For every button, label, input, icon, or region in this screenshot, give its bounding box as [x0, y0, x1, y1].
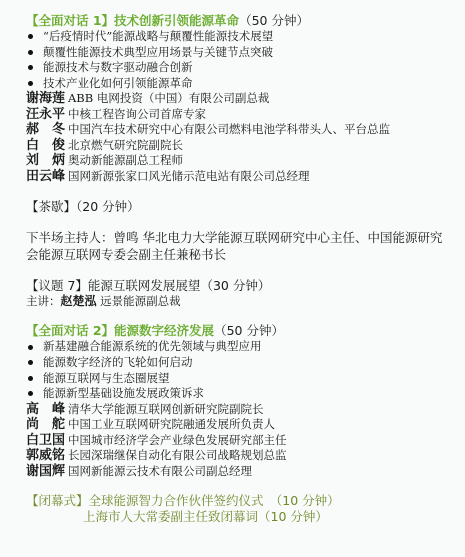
panelist-name: 郭威铭: [26, 448, 68, 464]
tea-break: 【茶歇】（20 分钟）: [26, 198, 456, 215]
list-item: 能源技术与数字驱动融合创新: [26, 60, 456, 76]
topic-text: 能源技术与数字驱动融合创新: [43, 60, 193, 76]
topic-text: 能源数字经济的飞轮如何启动: [43, 355, 193, 371]
panelist-role: 国网新能源云技术有限公司副总经理: [68, 464, 252, 480]
panelist-role: 清华大学能源互联网创新研究院副院长: [68, 402, 264, 418]
dialogue2-title: 【全面对话 2】能源数字经济发展: [26, 323, 214, 338]
dialogue1-title: 【全面对话 1】技术创新引领能源革命: [26, 13, 239, 28]
closing-row-2: 上海市人大常委副主任致闭幕词（10 分钟）: [26, 509, 456, 525]
panelist-row: 谢海莲ABB 电网投资（中国）有限公司副总裁: [26, 91, 456, 107]
panelist-name: 白 俊: [26, 138, 68, 154]
speaker-role: 远景能源副总裁: [100, 294, 181, 308]
panelist-row: 白卫国中国城市经济学会产业绿色发展研究部主任: [26, 433, 456, 449]
speaker-name: 赵楚泓: [61, 294, 97, 308]
topic-text: “后疫情时代”能源战略与颠覆性能源技术展望: [43, 29, 273, 45]
spacer: [26, 263, 456, 277]
bullet-icon: [28, 81, 33, 86]
topic-text: 新基建融合能源系统的优先领域与典型应用: [43, 339, 262, 355]
second-half-host: 下半场主持人：曾鸣 华北电力大学能源互联网研究中心主任、中国能源研究会能源互联网…: [26, 229, 446, 263]
bullet-icon: [28, 50, 33, 55]
panelist-row: 郭威铭长园深瑞继保自动化有限公司战略规划总监: [26, 448, 456, 464]
agenda-document: 【全面对话 1】技术创新引领能源革命（50 分钟） “后疫情时代”能源战略与颠覆…: [26, 12, 456, 525]
list-item: 能源数字经济的飞轮如何启动: [26, 355, 456, 371]
panelist-name: 尚 舵: [26, 417, 68, 433]
panelist-name: 谢海莲: [26, 91, 68, 107]
panelist-row: 郝 冬中国汽车技术研究中心有限公司燃料电池学科带头人、平台总监: [26, 122, 456, 138]
panelist-role: 中国工业互联网研究院融通发展所负责人: [68, 417, 275, 433]
closing-item-2: 上海市人大常委副主任致闭幕词（10 分钟）: [83, 509, 328, 524]
panelist-row: 白 俊北京燃气研究院副院长: [26, 138, 456, 154]
topic7-speaker: 主讲：赵楚泓 远景能源副总裁: [26, 294, 456, 308]
dialogue1-panelist-list: 谢海莲ABB 电网投资（中国）有限公司副总裁 汪永平中核工程咨询公司首席专家 郝…: [26, 91, 456, 184]
bullet-icon: [28, 345, 33, 350]
dialogue2-header: 【全面对话 2】能源数字经济发展（50 分钟）: [26, 322, 456, 339]
panelist-name: 刘 炳: [26, 153, 68, 169]
topic7-title: 【议题 7】能源互联网发展展望: [26, 278, 200, 293]
list-item: “后疫情时代”能源战略与颠覆性能源技术展望: [26, 29, 456, 45]
spacer: [26, 184, 456, 198]
panelist-row: 高 峰清华大学能源互联网创新研究院副院长: [26, 402, 456, 418]
list-item: 颠覆性能源技术典型应用场景与关键节点突破: [26, 45, 456, 61]
list-item: 能源互联网与生态圈展望: [26, 371, 456, 387]
panelist-role: 中核工程咨询公司首席专家: [68, 107, 206, 123]
panelist-row: 尚 舵中国工业互联网研究院融通发展所负责人: [26, 417, 456, 433]
panelist-role: 奥动新能源副总工程师: [68, 153, 183, 169]
spacer: [26, 215, 456, 229]
panelist-row: 田云峰国网新源张家口风光储示范电站有限公司总经理: [26, 169, 456, 185]
spacer: [26, 308, 456, 322]
panelist-role: 中国城市经济学会产业绿色发展研究部主任: [68, 433, 287, 449]
panelist-name: 郝 冬: [26, 122, 68, 138]
list-item: 新基建融合能源系统的优先领域与典型应用: [26, 339, 456, 355]
topic7-duration: （30 分钟）: [200, 278, 270, 293]
panelist-role: 国网新源张家口风光储示范电站有限公司总经理: [68, 169, 310, 185]
panelist-role: ABB 电网投资（中国）有限公司副总裁: [68, 91, 269, 107]
bullet-icon: [28, 34, 33, 39]
panelist-name: 谢国辉: [26, 464, 68, 480]
topic-text: 颠覆性能源技术典型应用场景与关键节点突破: [43, 45, 273, 61]
panelist-role: 长园深瑞继保自动化有限公司战略规划总监: [68, 448, 287, 464]
panelist-row: 谢国辉国网新能源云技术有限公司副总经理: [26, 464, 456, 480]
dialogue1-header: 【全面对话 1】技术创新引领能源革命（50 分钟）: [26, 12, 456, 29]
dialogue2-topic-list: 新基建融合能源系统的优先领域与典型应用 能源数字经济的飞轮如何启动 能源互联网与…: [26, 339, 456, 401]
panelist-name: 田云峰: [26, 169, 68, 185]
bullet-icon: [28, 391, 33, 396]
panelist-name: 白卫国: [26, 433, 68, 449]
topic7-header: 【议题 7】能源互联网发展展望（30 分钟）: [26, 277, 456, 294]
list-item: 能源新型基础设施发展政策诉求: [26, 386, 456, 402]
closing-row-1: 【闭幕式】全球能源智力合作伙伴签约仪式 （10 分钟）: [26, 493, 456, 509]
topic-text: 能源互联网与生态圈展望: [43, 371, 170, 387]
topic-text: 技术产业化如何引领能源革命: [43, 76, 193, 92]
bullet-icon: [28, 376, 33, 381]
dialogue2-panelist-list: 高 峰清华大学能源互联网创新研究院副院长 尚 舵中国工业互联网研究院融通发展所负…: [26, 402, 456, 480]
panelist-name: 汪永平: [26, 107, 68, 123]
spacer: [26, 479, 456, 493]
dialogue1-topic-list: “后疫情时代”能源战略与颠覆性能源技术展望 颠覆性能源技术典型应用场景与关键节点…: [26, 29, 456, 91]
bullet-icon: [28, 360, 33, 365]
panelist-role: 中国汽车技术研究中心有限公司燃料电池学科带头人、平台总监: [68, 122, 390, 138]
tea-break-label: 【茶歇】: [26, 199, 76, 214]
bullet-icon: [28, 65, 33, 70]
speaker-label: 主讲：: [26, 294, 61, 308]
topic-text: 能源新型基础设施发展政策诉求: [43, 386, 204, 402]
list-item: 技术产业化如何引领能源革命: [26, 76, 456, 92]
panelist-row: 刘 炳奥动新能源副总工程师: [26, 153, 456, 169]
closing-label: 【闭幕式】: [26, 493, 89, 508]
tea-break-duration: （20 分钟）: [76, 199, 140, 214]
dialogue2-duration: （50 分钟）: [214, 323, 284, 338]
dialogue1-duration: （50 分钟）: [239, 13, 309, 28]
panelist-row: 汪永平中核工程咨询公司首席专家: [26, 107, 456, 123]
panelist-name: 高 峰: [26, 402, 68, 418]
closing-ceremony: 【闭幕式】全球能源智力合作伙伴签约仪式 （10 分钟） 上海市人大常委副主任致闭…: [26, 493, 456, 525]
closing-item-1: 全球能源智力合作伙伴签约仪式 （10 分钟）: [89, 493, 340, 508]
panelist-role: 北京燃气研究院副院长: [68, 138, 183, 154]
